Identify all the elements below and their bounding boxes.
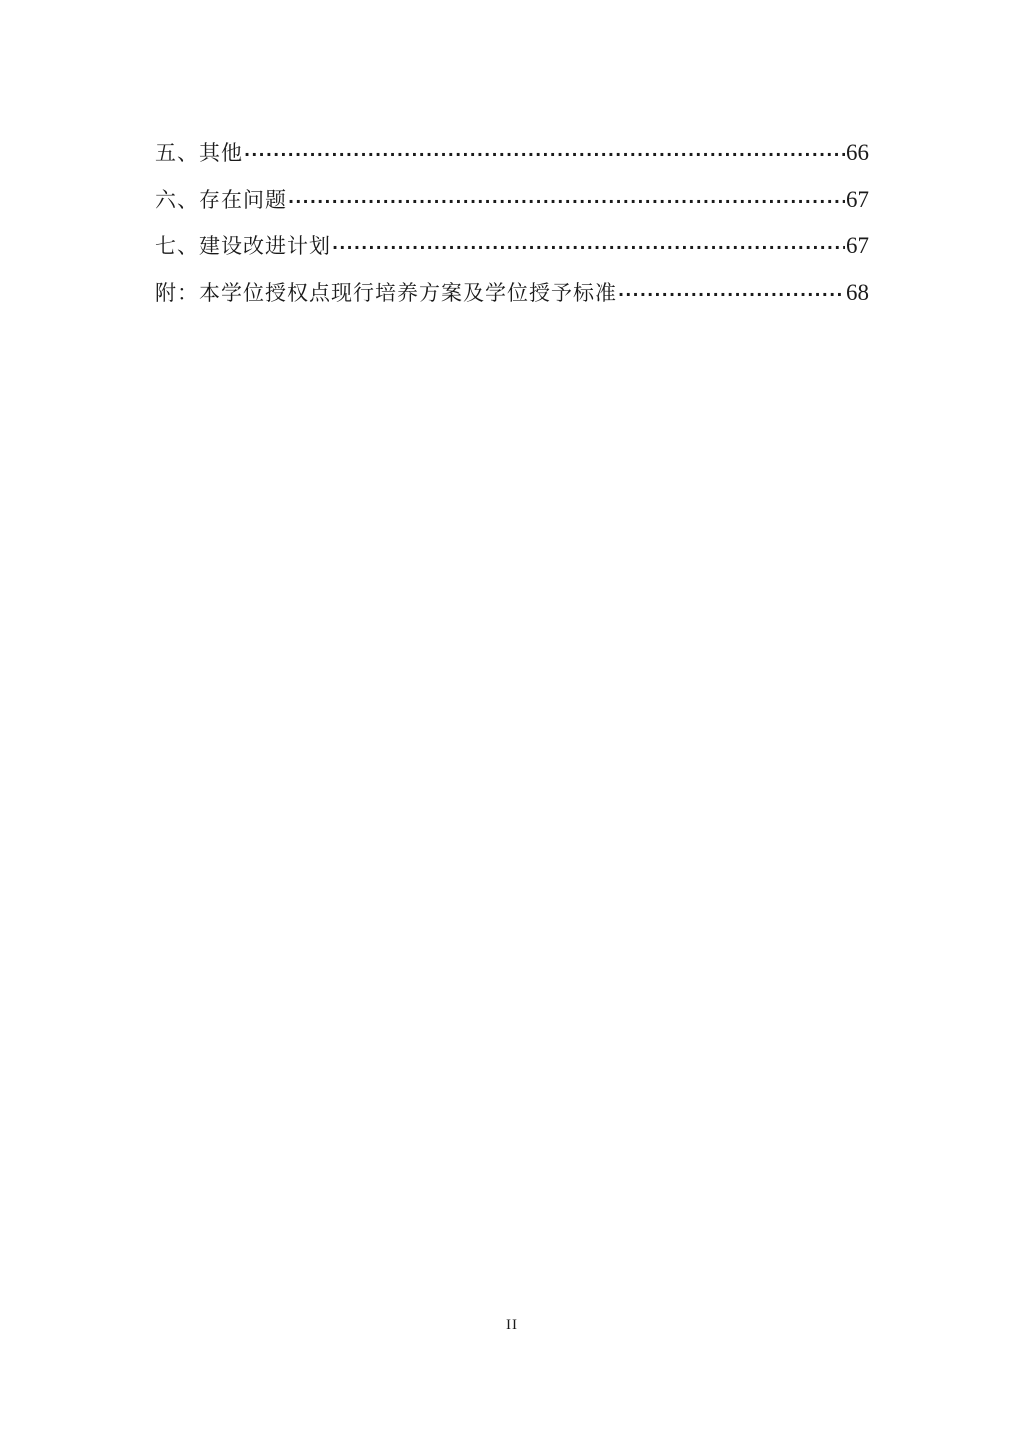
- toc-entry[interactable]: 七、建设改进计划 67: [155, 230, 869, 277]
- toc-entry-title: 五、其他: [155, 137, 243, 169]
- toc-entry-page: 67: [846, 184, 869, 216]
- toc-entry-title: 附：本学位授权点现行培养方案及学位授予标准: [155, 277, 617, 309]
- toc-entry-title: 六、存在问题: [155, 184, 287, 216]
- toc-dot-leader: [244, 139, 845, 171]
- toc-entry[interactable]: 附：本学位授权点现行培养方案及学位授予标准 68: [155, 277, 869, 324]
- toc-entry[interactable]: 六、存在问题 67: [155, 184, 869, 231]
- toc-entry-page: 66: [846, 137, 869, 169]
- toc-dot-leader: [332, 232, 845, 264]
- toc-entry[interactable]: 五、其他 66: [155, 137, 869, 184]
- table-of-contents: 五、其他 66 六、存在问题 67 七、建设改进计划 67 附：本学位授权点现行…: [155, 137, 869, 323]
- page-number: II: [0, 1317, 1024, 1334]
- toc-entry-page: 67: [846, 230, 869, 262]
- toc-dot-leader: [618, 279, 845, 311]
- toc-dot-leader: [288, 186, 845, 218]
- toc-entry-title: 七、建设改进计划: [155, 230, 331, 262]
- toc-entry-page: 68: [846, 277, 869, 309]
